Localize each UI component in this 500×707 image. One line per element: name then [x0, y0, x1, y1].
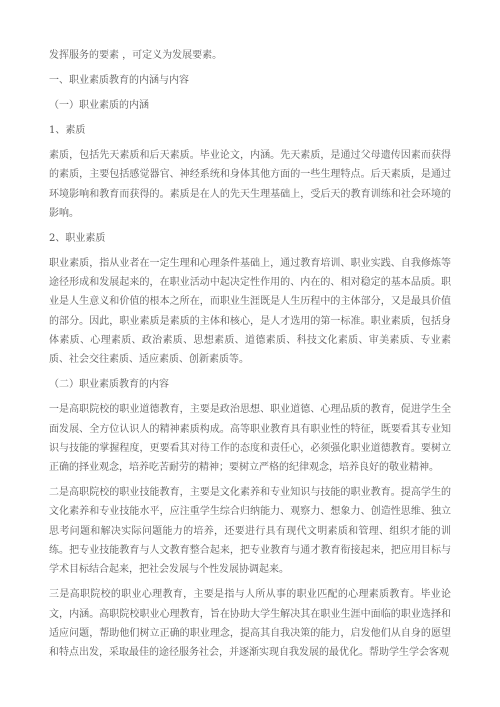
- paragraph-zhiye-suzhi-definition: 职业素质，指从业者在一定生理和心理条件基础上，通过教育培训、职业实践、自我修炼等…: [49, 254, 451, 370]
- heading-subsection-1-2: （二）职业素质教育的内容: [49, 375, 451, 394]
- heading-section-1: 一、职业素质教育的内涵与内容: [49, 71, 451, 90]
- paragraph-point-three-psychology-education: 三是高职院校的职业心理教育，主要是指与人所从事的职业匹配的心理素质教育。毕业论文…: [49, 585, 451, 662]
- paragraph-suzhi-definition: 素质，包括先天素质和后天素质。毕业论文，内涵。先天素质，是通过父母遗传因素而获得…: [49, 146, 451, 223]
- paragraph-intro-fragment: 发挥服务的要素 ，可定义为发展要素。: [49, 46, 451, 65]
- paragraph-point-one-moral-education: 一是高职院校的职业道德教育，主要是政治思想、职业道德、心理品质的教育，促进学生全…: [49, 400, 451, 477]
- heading-item-1-suzhi: 1、素质: [49, 121, 451, 140]
- document-page: 发挥服务的要素 ，可定义为发展要素。 一、职业素质教育的内涵与内容 （一）职业素…: [0, 0, 500, 707]
- heading-item-2-zhiye-suzhi: 2、职业素质: [49, 229, 451, 248]
- paragraph-point-two-skill-education: 二是高职院校的职业技能教育，主要是文化素养和专业知识与技能的职业教育。提高学生的…: [49, 483, 451, 579]
- heading-subsection-1-1: （一）职业素质的内涵: [49, 96, 451, 115]
